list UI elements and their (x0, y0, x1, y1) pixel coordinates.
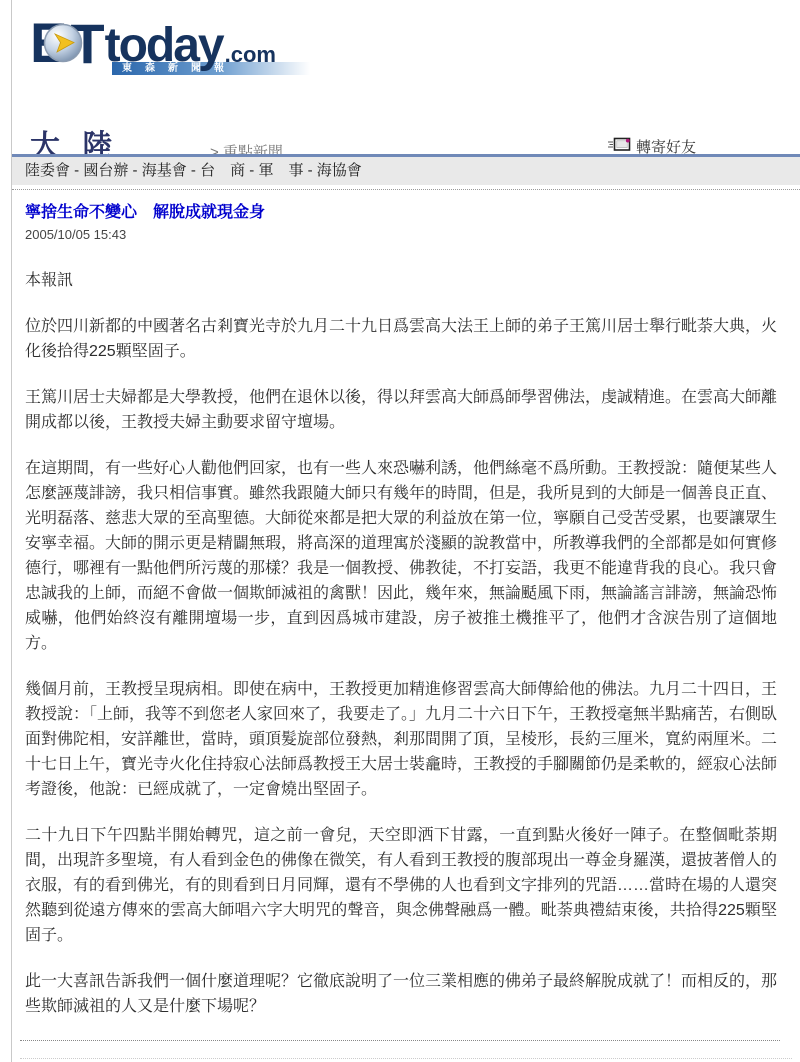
article-byline: 本報訊 (25, 268, 777, 293)
logo-subtitle-bar: 東森新聞報 (112, 62, 310, 75)
dotted-divider (20, 1040, 780, 1041)
article-title: 寧捨生命不變心 解脫成就現金身 (25, 199, 777, 222)
article: 寧捨生命不變心 解脫成就現金身 2005/10/05 15:43 本報訊 位於四… (25, 199, 777, 1040)
dotted-divider (12, 189, 800, 190)
nav-separator: - (128, 162, 141, 179)
nav-separator: - (303, 162, 316, 179)
play-icon (43, 23, 83, 68)
logo-letter-e: E (30, 20, 64, 67)
logo-subtitle-text: 東森新聞報 (122, 63, 237, 74)
nav-item-luweihui[interactable]: 陸委會 (25, 162, 70, 179)
nav-item-guotaiban[interactable]: 國台辦 (83, 162, 128, 179)
nav-separator: - (245, 162, 258, 179)
article-timestamp: 2005/10/05 15:43 (25, 227, 777, 242)
nav-separator: - (70, 162, 83, 179)
nav-item-junshi[interactable]: 軍 事 (258, 162, 303, 179)
nav-separator: - (187, 162, 200, 179)
dotted-divider (20, 1058, 792, 1059)
article-paragraph: 位於四川新都的中國著名古剎寶光寺於九月二十九日爲雲高大法王上師的弟子王篤川居士舉… (25, 314, 777, 364)
article-paragraph: 幾個月前，王教授呈現病相。即使在病中，王教授更加精進修習雲高大師傳給他的佛法。九… (25, 677, 777, 802)
topic-nav: 陸委會 - 國台辦 - 海基會 - 台 商 - 軍 事 - 海協會 (12, 157, 800, 185)
article-body: 本報訊 位於四川新都的中國著名古剎寶光寺於九月二十九日爲雲高大法王上師的弟子王篤… (25, 268, 777, 1019)
nav-item-taishang[interactable]: 台 商 (200, 162, 245, 179)
nav-item-haijihui[interactable]: 海基會 (142, 162, 187, 179)
article-paragraph: 在這期間，有一些好心人勸他們回家，也有一些人來恐嚇利誘，他們絲毫不爲所動。王教授… (25, 456, 777, 656)
article-paragraph: 二十九日下午四點半開始轉咒，這之前一會兒，天空即洒下甘露，一直到點火後好一陣子。… (25, 823, 777, 948)
nav-item-haixiehui[interactable]: 海協會 (317, 162, 362, 179)
article-paragraph: 此一大喜訊告訴我們一個什麼道理呢？它徹底說明了一位三業相應的佛弟子最終解脫成就了… (25, 969, 777, 1019)
article-paragraph: 王篤川居士夫婦都是大學教授，他們在退休以後，得以拜雲高大師爲師學習佛法，虔誠精進… (25, 385, 777, 435)
logo-today-text: today (105, 25, 223, 67)
site-logo[interactable]: E T today .com 東森新聞報 (30, 20, 310, 75)
logo-wordmark: E T today .com (30, 20, 310, 67)
